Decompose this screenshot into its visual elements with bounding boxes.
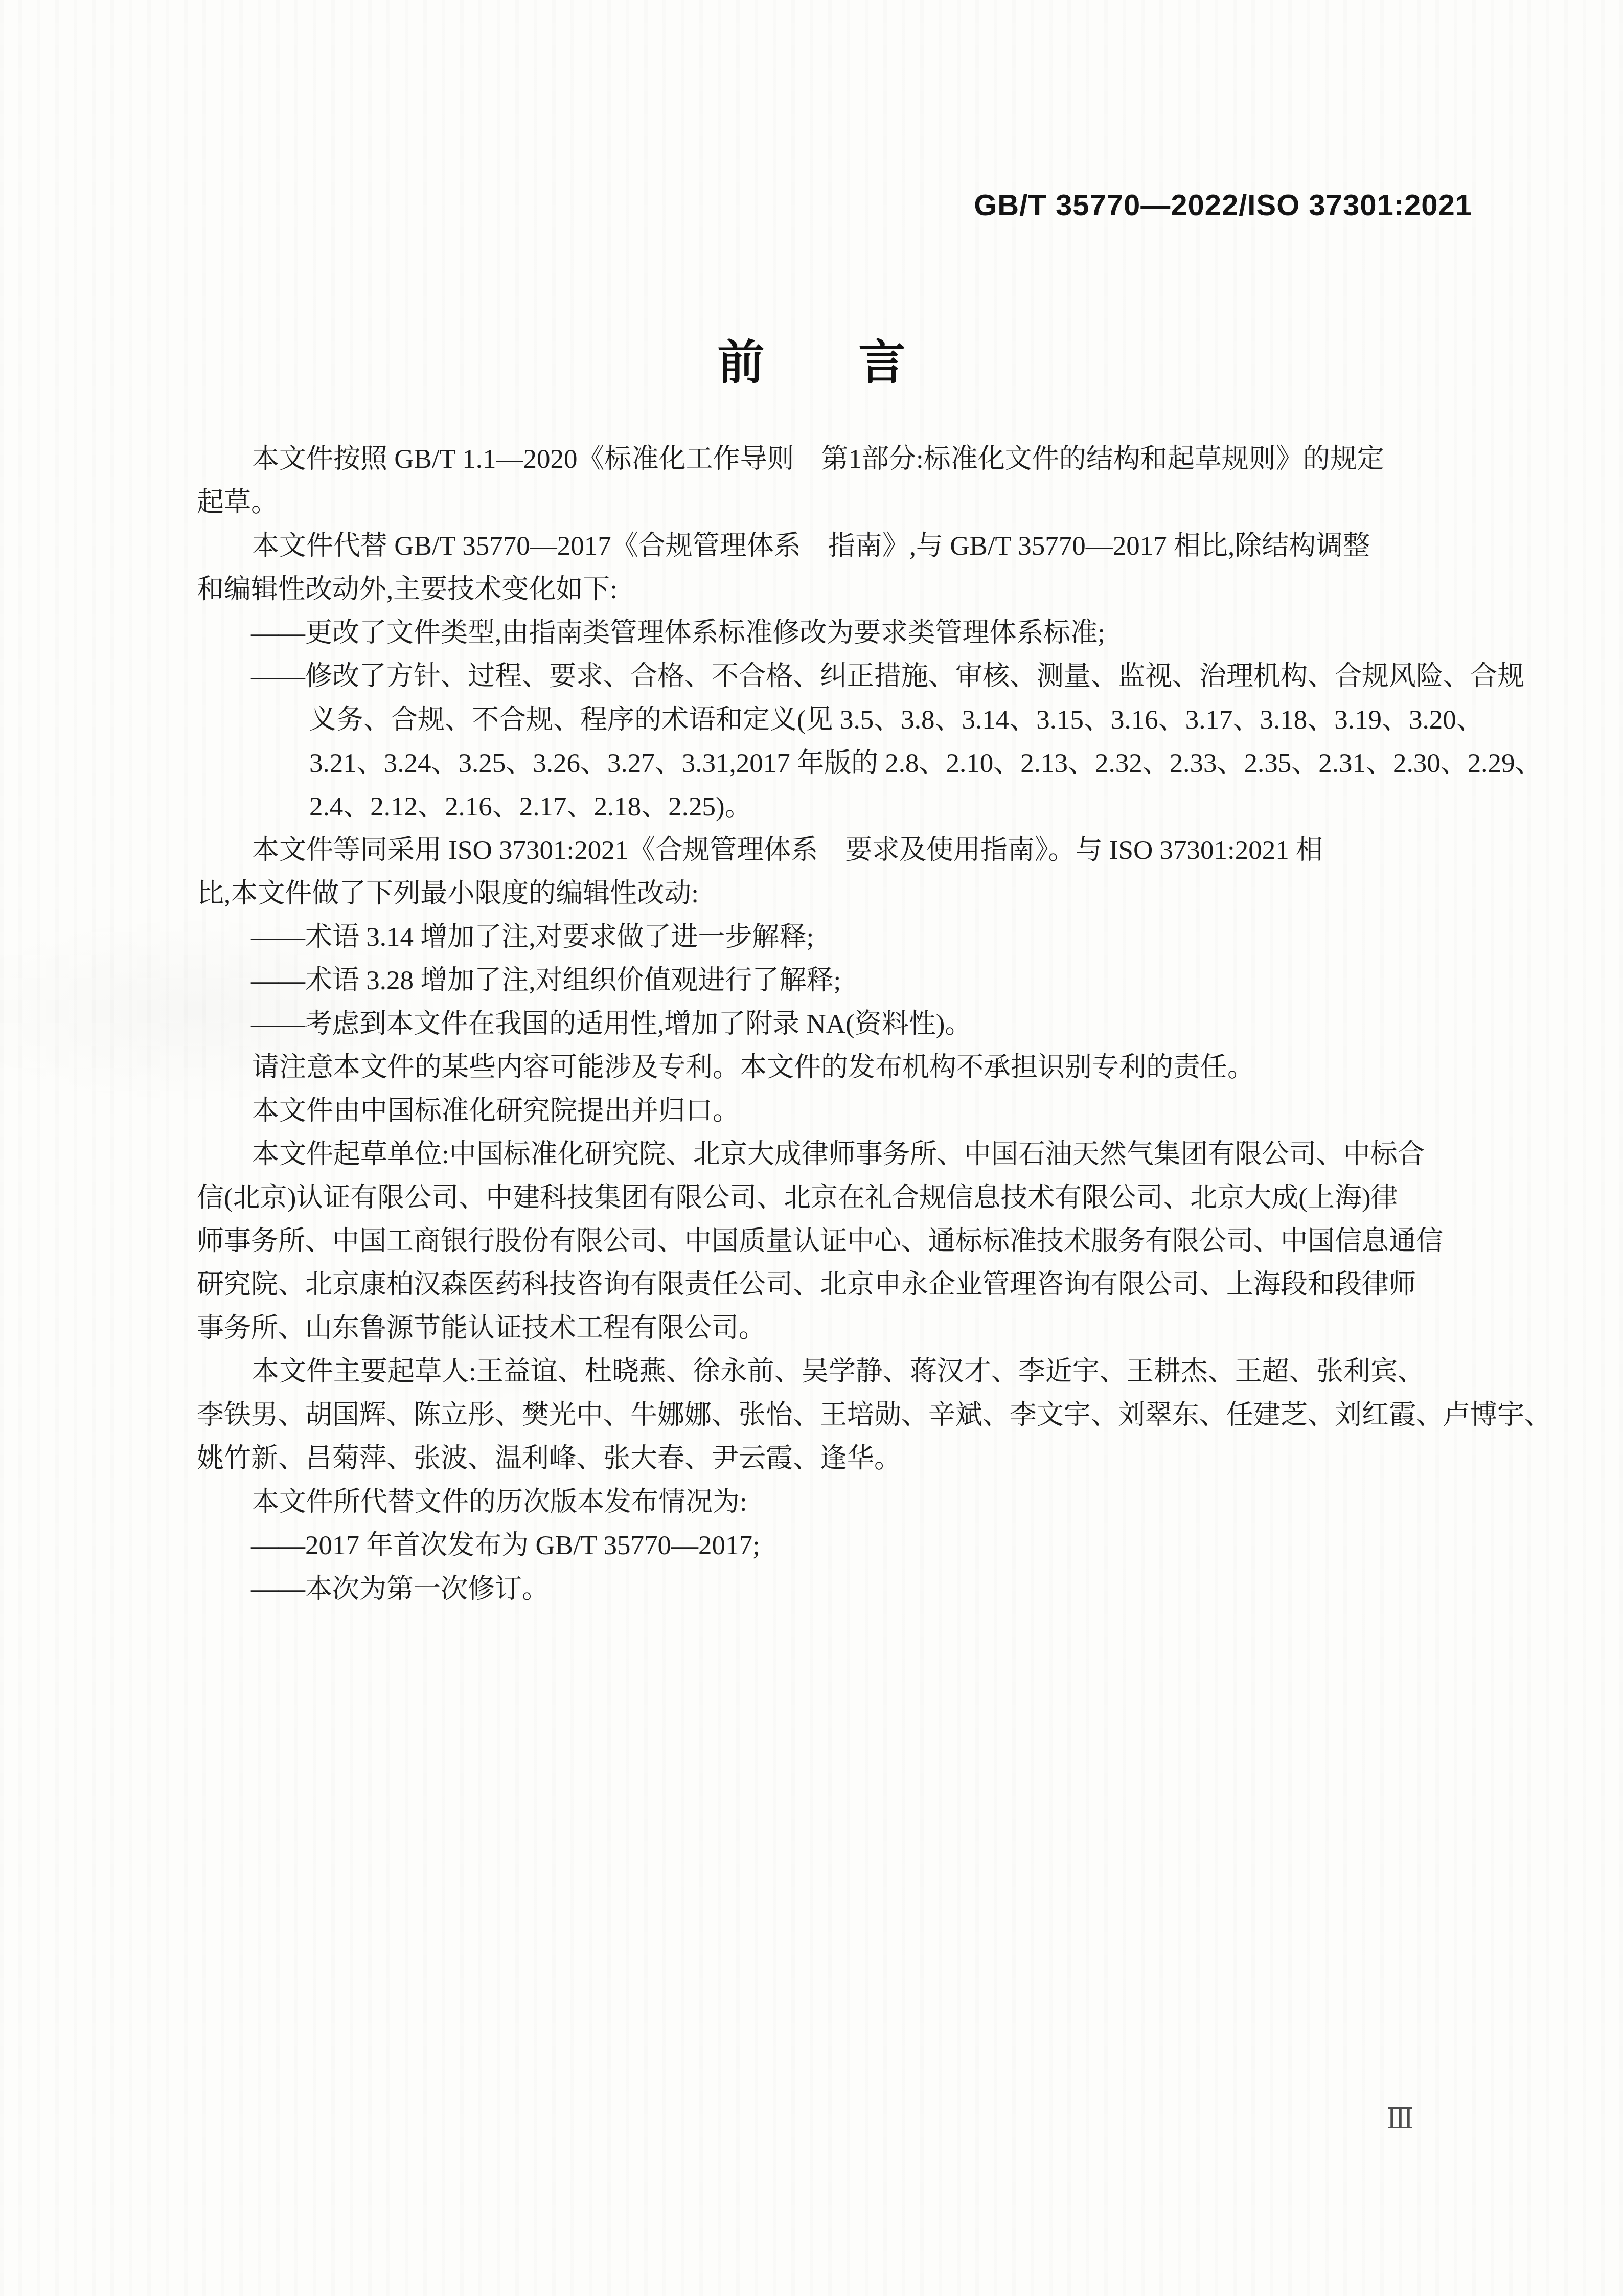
document-page: GB/T 35770—2022/ISO 37301:2021 前 言 本文件按照… bbox=[0, 0, 1623, 2296]
foreword-line: 本文件代替 GB/T 35770—2017《合规管理体系 指南》,与 GB/T … bbox=[252, 525, 1477, 568]
foreword-line: 师事务所、中国工商银行股份有限公司、中国质量认证中心、通标标准技术服务有限公司、… bbox=[197, 1220, 1477, 1263]
foreword-line: 事务所、山东鲁源节能认证技术工程有限公司。 bbox=[197, 1307, 1477, 1350]
foreword-list-item: ——本次为第一次修订。 bbox=[251, 1567, 1477, 1611]
foreword-list-item: ——考虑到本文件在我国的适用性,增加了附录 NA(资料性)。 bbox=[251, 1003, 1477, 1046]
foreword-line: 本文件等同采用 ISO 37301:2021《合规管理体系 要求及使用指南》。与… bbox=[252, 829, 1477, 872]
foreword-line: 比,本文件做了下列最小限度的编辑性改动: bbox=[197, 872, 1477, 916]
foreword-line: 本文件主要起草人:王益谊、杜晓燕、徐永前、吴学静、蒋汉才、李近宇、王耕杰、王超、… bbox=[252, 1350, 1477, 1394]
page-title: 前 言 bbox=[0, 325, 1623, 393]
foreword-line: 李铁男、胡国辉、陈立彤、樊光中、牛娜娜、张怡、王培勋、辛斌、李文宇、刘翠东、任建… bbox=[197, 1394, 1477, 1437]
foreword-list-item: ——2017 年首次发布为 GB/T 35770—2017; bbox=[251, 1524, 1477, 1567]
foreword-list-item: ——术语 3.14 增加了注,对要求做了进一步解释; bbox=[251, 916, 1477, 959]
foreword-list-item: ——术语 3.28 增加了注,对组织价值观进行了解释; bbox=[251, 959, 1477, 1003]
foreword-line: 姚竹新、吕菊萍、张波、温利峰、张大春、尹云霞、逢华。 bbox=[197, 1437, 1477, 1481]
foreword-line: 本文件所代替文件的历次版本发布情况为: bbox=[252, 1481, 1477, 1524]
foreword-line: 3.21、3.24、3.25、3.26、3.27、3.31,2017 年版的 2… bbox=[309, 742, 1477, 785]
foreword-line: 起草。 bbox=[197, 481, 1477, 525]
foreword-body: 本文件按照 GB/T 1.1—2020《标准化工作导则 第1部分:标准化文件的结… bbox=[197, 438, 1477, 1611]
foreword-line: 请注意本文件的某些内容可能涉及专利。本文件的发布机构不承担识别专利的责任。 bbox=[252, 1046, 1477, 1089]
foreword-line: 本文件起草单位:中国标准化研究院、北京大成律师事务所、中国石油天然气集团有限公司… bbox=[252, 1133, 1477, 1176]
foreword-line: 义务、合规、不合规、程序的术语和定义(见 3.5、3.8、3.14、3.15、3… bbox=[309, 698, 1477, 742]
page-number: Ⅲ bbox=[1386, 2102, 1414, 2135]
standard-code-header: GB/T 35770—2022/ISO 37301:2021 bbox=[974, 188, 1472, 222]
foreword-line: 本文件按照 GB/T 1.1—2020《标准化工作导则 第1部分:标准化文件的结… bbox=[252, 438, 1477, 481]
foreword-line: 信(北京)认证有限公司、中建科技集团有限公司、北京在礼合规信息技术有限公司、北京… bbox=[197, 1176, 1477, 1220]
foreword-line: 2.4、2.12、2.16、2.17、2.18、2.25)。 bbox=[309, 785, 1477, 829]
foreword-line: 本文件由中国标准化研究院提出并归口。 bbox=[252, 1089, 1477, 1133]
foreword-list-item: ——更改了文件类型,由指南类管理体系标准修改为要求类管理体系标准; bbox=[251, 611, 1477, 655]
foreword-line: 和编辑性改动外,主要技术变化如下: bbox=[197, 568, 1477, 611]
foreword-list-item: ——修改了方针、过程、要求、合格、不合格、纠正措施、审核、测量、监视、治理机构、… bbox=[251, 655, 1477, 698]
foreword-line: 研究院、北京康柏汉森医药科技咨询有限责任公司、北京申永企业管理咨询有限公司、上海… bbox=[197, 1263, 1477, 1307]
